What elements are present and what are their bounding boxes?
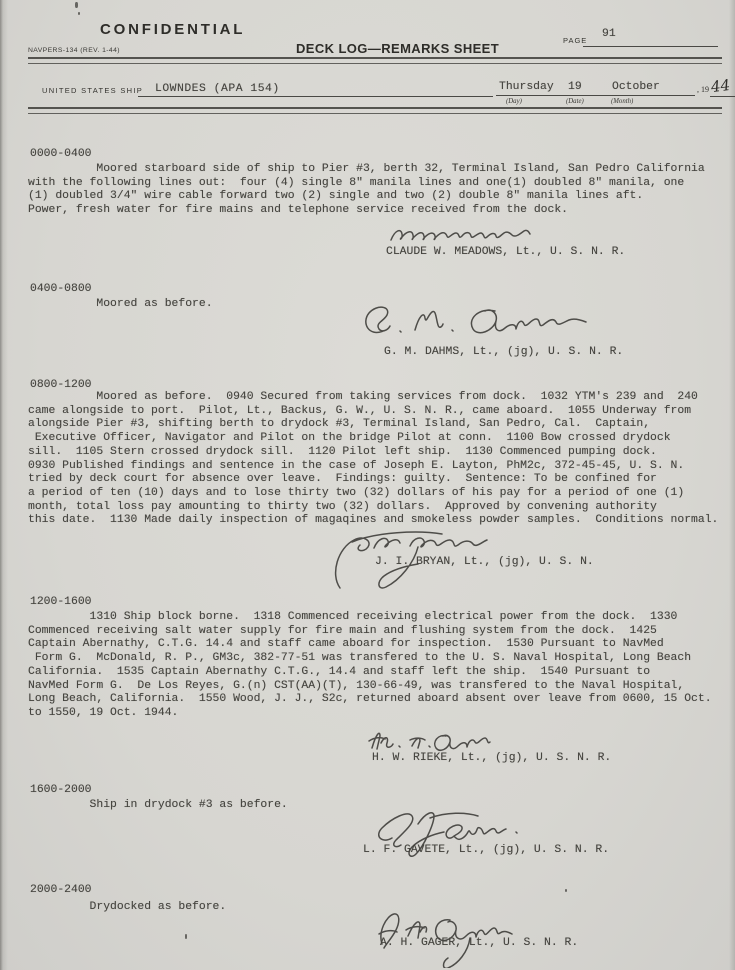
signature-typed-name: J. I. BRYAN, Lt., (jg), U. S. N. xyxy=(375,556,594,568)
form-number: NAVPERS-134 (REV. 1-44) xyxy=(28,47,120,54)
watch-entry-text: Moored starboard side of ship to Pier #3… xyxy=(28,163,705,218)
deck-log-remarks-sheet: CONFIDENTIAL NAVPERS-134 (REV. 1-44) DEC… xyxy=(0,0,735,970)
form-title: DECK LOG—REMARKS SHEET xyxy=(296,41,499,56)
scan-speck xyxy=(565,889,567,892)
signature-dahms xyxy=(355,303,600,341)
page-label: PAGE xyxy=(563,36,587,45)
watch-time-range: 0000-0400 xyxy=(30,148,92,160)
ship-name-underline xyxy=(138,96,493,97)
year-underline xyxy=(710,96,735,97)
watch-time-range: 0800-1200 xyxy=(30,379,92,391)
ship-name: LOWNDES (APA 154) xyxy=(155,83,280,95)
signature-meadows xyxy=(388,226,533,246)
signature-rieke xyxy=(366,726,491,754)
watch-entry-text: 1310 Ship block borne. 1318 Commenced re… xyxy=(28,611,712,721)
page-number: 91 xyxy=(602,28,616,40)
signature-typed-name: G. M. DAHMS, Lt., (jg), U. S. N. R. xyxy=(384,346,623,358)
handwritten-year: 44 xyxy=(710,76,731,96)
watch-entry-text: Ship in drydock #3 as before. xyxy=(28,799,288,813)
classification-stamp: CONFIDENTIAL xyxy=(100,21,245,38)
date-underline xyxy=(496,95,695,96)
year-prefix: , 19 xyxy=(697,85,709,94)
watch-entry-text: Moored as before. 0940 Secured from taki… xyxy=(28,391,718,528)
month-label: (Month) xyxy=(611,98,633,105)
scan-speck xyxy=(75,2,78,8)
signature-typed-name: H. W. RIEKE, Lt., (jg), U. S. N. R. xyxy=(372,752,611,764)
watch-time-range: 1200-1600 xyxy=(30,596,92,608)
date-month: October xyxy=(612,81,660,93)
watch-time-range: 0400-0800 xyxy=(30,283,92,295)
signature-typed-name: L. F. GAVETE, Lt., (jg), U. S. N. R. xyxy=(363,844,609,856)
header-rule-bottom xyxy=(28,107,722,114)
signature-typed-name: A. H. GAGER, Lt., U. S. N. R. xyxy=(380,937,578,949)
ship-label: UNITED STATES SHIP xyxy=(42,86,143,95)
scan-speck xyxy=(78,12,80,15)
watch-time-range: 1600-2000 xyxy=(30,784,92,796)
date-day: Thursday xyxy=(499,81,554,93)
watch-entry-text: Drydocked as before. xyxy=(28,901,226,915)
page-number-underline xyxy=(583,46,718,47)
day-label: (Day) xyxy=(506,98,522,105)
header-rule-top xyxy=(28,57,722,64)
date-label: (Date) xyxy=(566,98,584,105)
watch-time-range: 2000-2400 xyxy=(30,884,92,896)
scan-speck xyxy=(185,934,187,939)
signature-typed-name: CLAUDE W. MEADOWS, Lt., U. S. N. R. xyxy=(386,246,625,258)
watch-entry-text: Moored as before. xyxy=(28,298,213,312)
scan-edge-line xyxy=(705,0,735,9)
date-number: 19 xyxy=(568,81,582,93)
